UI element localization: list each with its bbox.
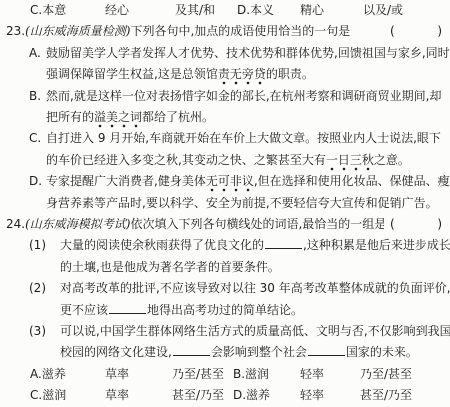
q24-item-1-text: 大量的阅读使余秋雨获得了优良文化的,这种积累是他后来进步成长 的土壤,也是他成为… [60,235,450,278]
blank-underline [173,345,210,356]
text-segment: ,这种积累是他后来进步成长 [303,238,450,252]
q24-option-b-word3: 乃至/甚至 [360,364,450,385]
exam-page: C.本意 经心 及其/和 D.本义 精心 以及/或 23. (山东威海质量检测)… [0,0,450,407]
text-segment: 身营养素等产品时,要以科学、安全为前提,不要轻信夸大宣传和促销广告。 [46,196,438,210]
text-segment: 的职责。 [266,67,314,81]
q23-option-c-label: C. [29,128,46,171]
q24-item-3-label: (3) [29,321,60,364]
q23-option-c-text: 自打进入 9 月开始,车商就开始在车价上大做文章。按照业内人士说法,眼下 的车价… [46,128,450,171]
text-line: 然而,就是这样一位对表扬惜字如金的部长,在杭州考察和调研商贸业期间,却 [46,86,450,107]
q24-option-a-word2: 草率 [105,364,172,385]
question-24-stem: 依次填入下列各句横线处的词语,最恰当的一组是 [130,214,384,235]
q24-answer-row-1: A.滋养 草率 乃至/甚至 B.滋润 轻率 乃至/甚至 [0,364,450,385]
question-23-header: 23. (山东威海质量检测) 下列各句中,加点的成语使用恰当的一句是 ( ) [0,21,450,42]
q24-item-2-text: 对高考改革的批评,不应该导致对以往 30 年高考改革整体成就的负面评价, 更不应… [60,278,450,321]
text-segment: 更不应该 [60,303,108,317]
q24-option-b-word2: 轻率 [300,364,360,385]
text-line: 的车价已经进入多变之秋,其变动之快、之繁甚至大有一日三秋之意。 [46,150,450,171]
text-segment: 然而,就是这样一位对表扬惜字如金的部长,在杭州考察和调研商贸业期间,却 [46,89,441,103]
text-segment: 地得出高考功过的简单结论。 [147,303,303,317]
q23-option-d-label: D. [29,171,46,214]
q24-item-1-label: (1) [29,235,60,278]
previous-question-options-row: C.本意 经心 及其/和 D.本义 精心 以及/或 [0,0,450,21]
text-segment: 之意。 [374,153,410,167]
text-line: 更不应该地得出高考功过的简单结论。 [60,300,450,321]
text-segment: 把所有的 [46,110,94,124]
text-segment: 可以说,中国学生群体网络生活方式的质量高低、文明与否,不仅影响到我国 [60,324,450,338]
q23-option-a-label: A. [29,43,46,86]
emphasized-idiom: 责无旁贷 [218,67,266,85]
text-segment: 自打进入 9 月开始,车商就开始在车价上大做文章。按照业内人士说法,眼下 [46,131,441,145]
q24-option-c-word3: 甚至/乃至 [172,385,233,406]
q23-option-b-text: 然而,就是这样一位对表扬惜字如金的部长,在杭州考察和调研商贸业期间,却 把所有的… [46,86,450,129]
text-segment: ,但在选择和使用化妆品、保健品、瘦 [254,174,450,188]
q23-option-d: D. 专家提醒广大消费者,健身美体无可非议,但在选择和使用化妆品、保健品、瘦 身… [0,171,450,214]
question-23-number: 23. [6,21,25,42]
prev-option-c-label: C.本意 [30,0,105,21]
q24-option-d-word3: 甚至/乃至 [360,385,450,406]
text-line: 大量的阅读使余秋雨获得了优良文化的,这种积累是他后来进步成长 [60,235,450,256]
text-segment: 的车价已经进入多变之秋,其变动之快、之繁甚至大有 [46,153,326,167]
bracket-close: ) [437,214,442,235]
text-segment: 国家的未来。 [346,345,418,359]
text-line: 专家提醒广大消费者,健身美体无可非议,但在选择和使用化妆品、保健品、瘦 [46,171,450,192]
q23-option-c: C. 自打进入 9 月开始,车商就开始在车价上大做文章。按照业内人士说法,眼下 … [0,128,450,171]
text-segment: 强调保障留学生权益,这是总领馆 [46,67,218,81]
prev-option-d-word3: 以及/或 [363,0,450,21]
text-line: 身营养素等产品时,要以科学、安全为前提,不要轻信夸大宣传和促销广告。 [46,193,450,214]
prev-option-c-word2: 经心 [105,0,175,21]
emphasized-idiom: 无可非议 [206,174,254,192]
blank-underline [109,302,146,313]
text-line: 可以说,中国学生群体网络生活方式的质量高低、文明与否,不仅影响到我国 [60,321,450,342]
q24-option-d-word2: 轻率 [300,385,360,406]
text-line: 自打进入 9 月开始,车商就开始在车价上大做文章。按照业内人士说法,眼下 [46,128,450,149]
text-line: 鼓励留美学人学者发挥人才优势、技术优势和群体优势,回馈祖国与家乡,同时 [46,43,450,64]
question-24-source: (山东威海模拟考试) [25,214,130,235]
q23-option-d-text: 专家提醒广大消费者,健身美体无可非议,但在选择和使用化妆品、保健品、瘦 身营养素… [46,171,450,214]
prev-option-d-word2: 精心 [300,0,363,21]
question-23-stem: 下列各句中,加点的成语使用恰当的一句是 [130,21,350,42]
text-line: 强调保障留学生权益,这是总领馆责无旁贷的职责。 [46,64,450,85]
bracket-open: ( [390,21,395,42]
emphasized-idiom: 溢美之词 [94,110,142,128]
prev-option-c-word3: 及其/和 [175,0,237,21]
text-line: 的土壤,也是他成为著名学者的首要条件。 [60,257,450,278]
q23-option-a: A. 鼓励留美学人学者发挥人才优势、技术优势和群体优势,回馈祖国与家乡,同时 强… [0,43,450,86]
q24-answer-row-2: C.滋润 草率 甚至/乃至 D.滋养 轻率 甚至/乃至 [0,385,450,406]
text-segment: 鼓励留美学人学者发挥人才优势、技术优势和群体优势,回馈祖国与家乡,同时 [46,46,450,60]
q24-option-d-label: D.滋养 [233,385,300,406]
q24-item-2-label: (2) [29,278,60,321]
blank-underline [308,345,345,356]
prev-option-d-label: D.本义 [237,0,300,21]
q23-option-a-text: 鼓励留美学人学者发挥人才优势、技术优势和群体优势,回馈祖国与家乡,同时 强调保障… [46,43,450,86]
q24-option-c-label: C.滋润 [30,385,105,406]
q24-option-c-word2: 草率 [105,385,172,406]
bracket-close: ) [437,21,442,42]
text-line: 对高考改革的批评,不应该导致对以往 30 年高考改革整体成就的负面评价, [60,278,450,299]
text-line: 把所有的溢美之词都给了杭州。 [46,107,450,128]
text-line: 校园的网络文化建设,会影响到整个社会国家的未来。 [60,342,450,363]
question-24-number: 24. [6,214,25,235]
text-segment: 会影响到整个社会 [211,345,307,359]
question-23-source: (山东威海质量检测) [25,21,130,42]
q24-option-a-label: A.滋养 [30,364,105,385]
q24-item-3-text: 可以说,中国学生群体网络生活方式的质量高低、文明与否,不仅影响到我国 校园的网络… [60,321,450,364]
question-24-header: 24. (山东威海模拟考试) 依次填入下列各句横线处的词语,最恰当的一组是 ( … [0,214,450,235]
text-segment: 都给了杭州。 [142,110,214,124]
text-segment: 的土壤,也是他成为著名学者的首要条件。 [60,260,280,274]
question-24-answer-bracket: ( ) [384,214,442,235]
q24-item-2: (2) 对高考改革的批评,不应该导致对以往 30 年高考改革整体成就的负面评价,… [0,278,450,321]
q24-item-3: (3) 可以说,中国学生群体网络生活方式的质量高低、文明与否,不仅影响到我国 校… [0,321,450,364]
emphasized-idiom: 一日三秋 [326,153,374,171]
text-segment: 专家提醒广大消费者,健身美体 [46,174,206,188]
q23-option-b: B. 然而,就是这样一位对表扬惜字如金的部长,在杭州考察和调研商贸业期间,却 把… [0,86,450,129]
q24-option-a-word3: 乃至/甚至 [172,364,233,385]
q24-option-b-label: B.滋润 [233,364,300,385]
text-segment: 校园的网络文化建设, [60,345,172,359]
text-segment: 大量的阅读使余秋雨获得了优良文化的 [60,238,264,252]
text-segment: 对高考改革的批评,不应该导致对以往 30 年高考改革整体成就的负面评价, [60,281,450,295]
blank-underline [265,238,302,249]
q23-option-b-label: B. [29,86,46,129]
question-23-answer-bracket: ( ) [384,21,442,42]
q24-item-1: (1) 大量的阅读使余秋雨获得了优良文化的,这种积累是他后来进步成长 的土壤,也… [0,235,450,278]
bracket-open: ( [390,214,395,235]
